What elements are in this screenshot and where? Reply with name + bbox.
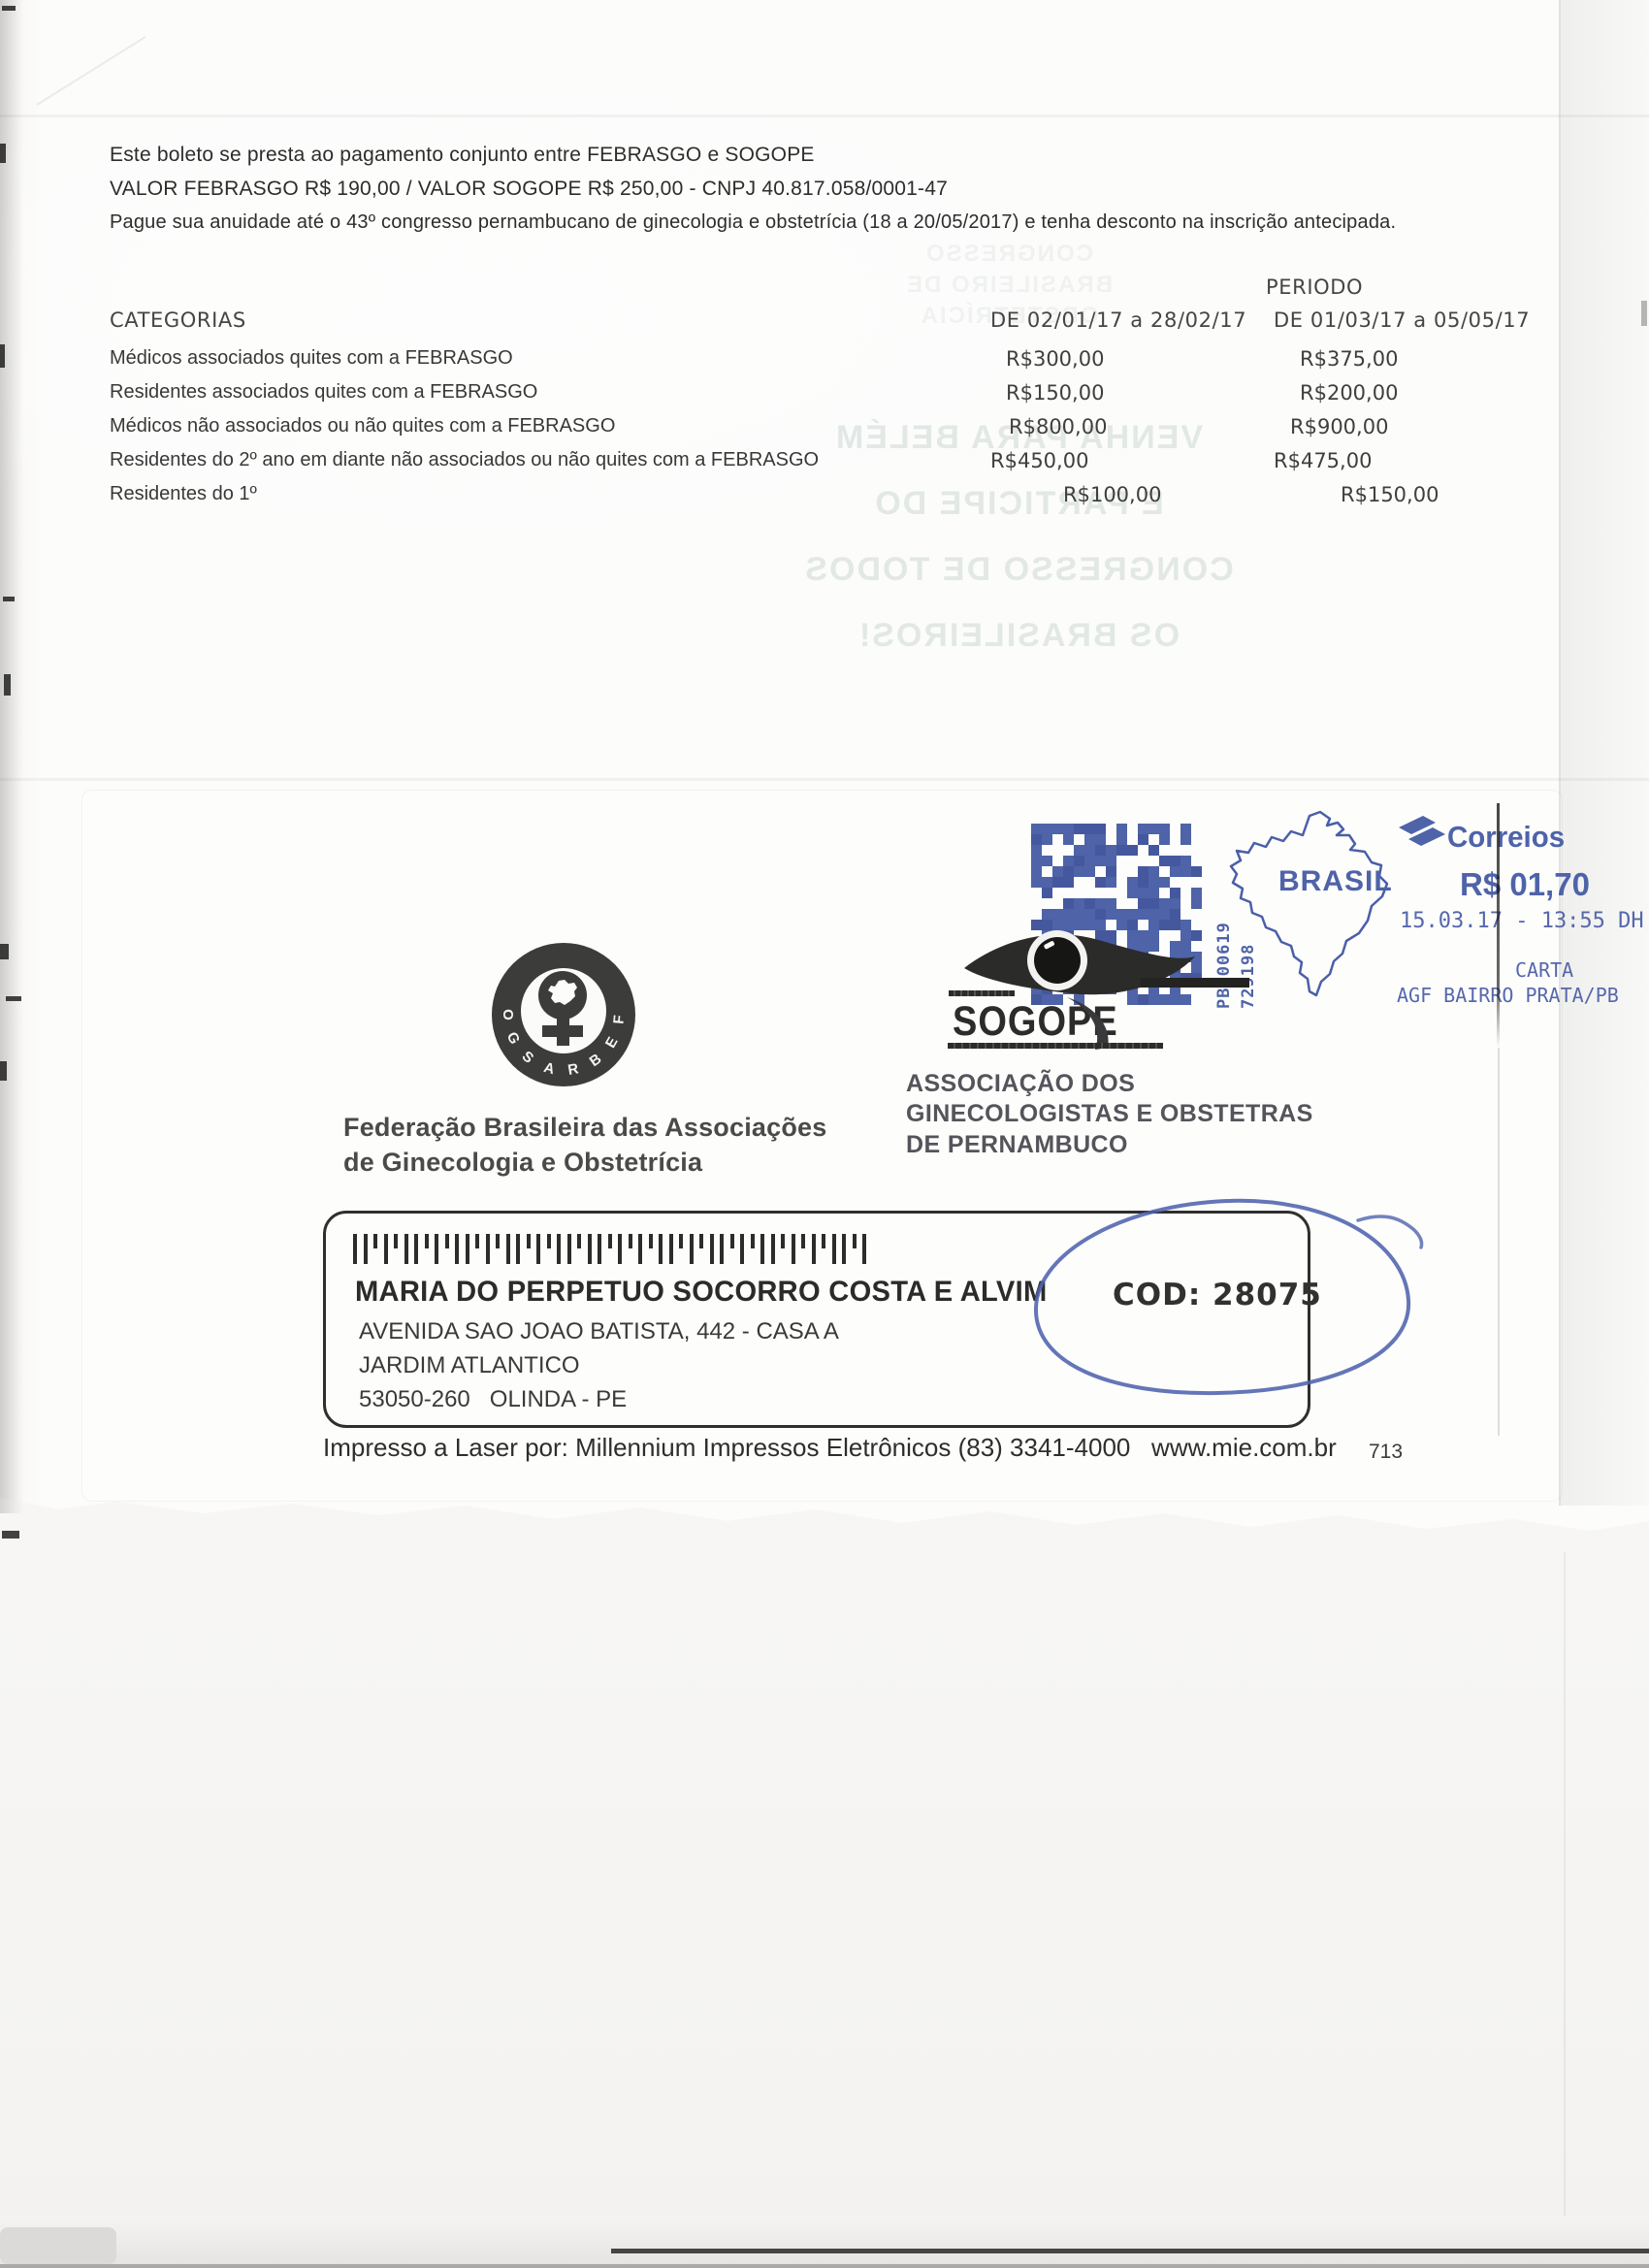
qr-cell [1148,824,1159,834]
barcode-bar [536,1234,540,1264]
barcode-bar [588,1234,592,1264]
qr-cell [1031,866,1042,877]
table-period2-header: DE 01/03/17 a 05/05/17 [1274,308,1530,332]
qr-cell [1042,877,1052,888]
barcode-bar [608,1234,612,1248]
qr-cell [1180,856,1191,866]
barcode-bar [445,1234,449,1248]
sogope-logo-rule-top [949,990,1015,996]
qr-cell [1159,877,1170,888]
qr-cell [1095,824,1106,834]
qr-cell [1148,877,1159,888]
barcode-bar [618,1234,622,1264]
barcode-bar [384,1234,388,1264]
qr-cell [1095,877,1106,888]
qr-cell [1052,909,1063,920]
barcode-bar [425,1234,429,1248]
qr-cell [1138,877,1148,888]
female-symbol-crossbar [542,1025,583,1037]
table-row-value: R$100,00 [1063,483,1161,506]
qr-cell [1159,898,1170,909]
sogope-logo-rule-bottom [948,1043,1163,1049]
scanned-document-page: CONGRESSO BRASILEIRO DE OBSTETRÍCIA VENH… [0,0,1649,2268]
qr-cell [1052,866,1063,877]
scan-artifact [0,944,9,959]
qr-cell [1138,834,1148,845]
sogope-logo-bar [1141,978,1249,988]
qr-cell [1042,856,1052,866]
bleed-through-text: CONGRESSO DE TODOS [786,551,1251,589]
qr-cell [1031,824,1042,834]
qr-cell [1042,888,1052,898]
febrasgo-caption-line-1: Federação Brasileira das Associações [343,1113,826,1143]
brazil-silhouette-icon [545,979,580,1008]
qr-cell [1170,888,1180,898]
scan-artifact [1641,301,1647,326]
febrasgo-ring-letter: O [497,1006,516,1023]
qr-cell [1052,824,1063,834]
bleed-through-text: BRASILEIRO DE [873,272,1145,299]
table-row-value: R$375,00 [1300,347,1398,371]
correios-logo-icon [1397,813,1445,850]
barcode-bar [710,1234,714,1264]
qr-cell [1095,856,1106,866]
qr-cell [1074,866,1084,877]
sogope-crescent-icon [1065,995,1110,1050]
barcode-bar [394,1234,398,1248]
qr-cell [1116,834,1127,845]
qr-cell [1138,888,1148,898]
qr-cell [1148,898,1159,909]
page-number: 713 [1369,1441,1403,1464]
qr-cell [1063,856,1074,866]
table-period-label: PERIODO [1266,275,1363,299]
qr-cell [1180,866,1191,877]
qr-cell [1159,824,1170,834]
barcode-bar [862,1234,866,1264]
qr-cell [1031,856,1042,866]
table-period1-header: DE 02/01/17 a 28/02/17 [990,308,1246,332]
qr-cell [1159,834,1170,845]
scan-bottom-edge [0,2264,1649,2268]
barcode-bar [496,1234,500,1248]
qr-cell [1138,898,1148,909]
qr-cell [1106,898,1116,909]
table-row-category: Médicos não associados ou não quites com… [110,415,615,437]
qr-cell [1042,909,1052,920]
table-row-value: R$800,00 [1009,415,1107,438]
barcode-bar [486,1234,490,1264]
qr-cell [1106,856,1116,866]
barcode-bar [842,1234,846,1264]
paper-crease-stamp [1497,803,1500,1048]
brasil-label: BRASIL [1278,865,1393,898]
bleed-through-text: E PARTICIPE DO [786,485,1251,523]
barcode-bar [720,1234,724,1264]
qr-cell [1106,877,1116,888]
qr-cell [1116,845,1127,856]
barcode-bar [832,1234,836,1264]
barcode-bar [598,1234,601,1264]
qr-cell [1127,845,1138,856]
table-row-value: R$900,00 [1290,415,1388,438]
barcode-bar [801,1234,805,1248]
scan-artifact [2,1531,19,1539]
barcode-bar [527,1234,531,1248]
barcode-bar [353,1234,357,1264]
paper-crease-lower [1564,1552,1566,2221]
barcode-bar [557,1234,561,1264]
table-row-value: R$200,00 [1300,381,1398,405]
qr-cell [1138,866,1148,877]
qr-cell [1074,856,1084,866]
qr-cell [1180,824,1191,834]
fold-line-middle [0,778,1649,781]
barcode-bar [699,1234,703,1248]
qr-cell [1127,909,1138,920]
barcode-bar [822,1234,825,1248]
febrasgo-caption-line-2: de Ginecologia e Obstetrícia [343,1148,702,1178]
qr-cell [1127,888,1138,898]
qr-cell [1180,834,1191,845]
barcode-bar [567,1234,571,1264]
intro-line-2: VALOR FEBRASGO R$ 190,00 / VALOR SOGOPE … [110,178,948,201]
qr-cell [1084,909,1095,920]
qr-cell [1095,909,1106,920]
barcode-bar [659,1234,663,1264]
table-row-value: R$150,00 [1341,483,1439,506]
qr-cell [1042,834,1052,845]
barcode-bar [435,1234,438,1264]
qr-cell [1074,909,1084,920]
table-row-category: Residentes do 2º ano em diante não assoc… [110,449,819,471]
febrasgo-ring-letter: F [610,1010,630,1029]
barcode-bar [414,1234,418,1264]
printer-credit-line: Impresso a Laser por: Millennium Impress… [323,1433,1337,1463]
qr-cell [1106,866,1116,877]
qr-cell [1063,898,1074,909]
sogope-caption-line-2: GINECOLOGISTAS E OBSTETRAS [906,1100,1313,1128]
qr-cell [1084,845,1095,856]
sogope-caption-line-3: DE PERNAMBUCO [906,1131,1128,1159]
recipient-name: MARIA DO PERPETUO SOCORRO COSTA E ALVIM [355,1276,1048,1309]
qr-cell [1063,824,1074,834]
table-row-value: R$475,00 [1274,449,1372,472]
qr-cell [1138,824,1148,834]
barcode-bar [638,1234,642,1264]
barcode-bar [690,1234,694,1264]
barcode-bar [455,1234,459,1264]
scan-artifact [2,6,16,11]
qr-cell [1095,845,1106,856]
qr-cell [1127,877,1138,888]
scan-bottom-line [611,2249,1649,2253]
scan-artifact [3,597,15,601]
postal-barcode [353,1234,873,1265]
febrasgo-ring-letter: R [564,1060,584,1083]
barcode-bar [629,1234,632,1248]
qr-cell [1084,834,1095,845]
barcode-bar [812,1234,816,1264]
qr-cell [1063,909,1074,920]
scan-bottom-artifact [0,2227,116,2264]
postage-value: R$ 01,70 [1460,866,1596,903]
barcode-bar [404,1234,408,1264]
mail-class-label: CARTA [1515,958,1573,982]
sogope-caption-line-1: ASSOCIAÇÃO DOS [906,1070,1135,1098]
barcode-bar [373,1234,377,1248]
qr-cell [1170,909,1180,920]
barcode-bar [475,1234,479,1248]
qr-cell [1116,824,1127,834]
barcode-bar [649,1234,653,1248]
table-row-value: R$150,00 [1006,381,1104,405]
postage-datetime: 15.03.17 - 13:55 DH [1400,909,1644,933]
scan-shadow-left [0,0,23,1513]
scan-artifact [0,144,6,163]
scan-artifact [0,344,5,368]
qr-cell [1159,909,1170,920]
qr-cell [1106,909,1116,920]
qr-cell [1084,898,1095,909]
qr-cell [1170,856,1180,866]
barcode-bar [730,1234,734,1248]
table-row-value: R$300,00 [1006,347,1104,371]
qr-cell [1052,877,1063,888]
barcode-bar [740,1234,744,1264]
paper-crease-right [1559,0,1561,1506]
scan-artifact [4,674,11,696]
qr-cell [1074,898,1084,909]
qr-cell [1031,845,1042,856]
recipient-district: JARDIM ATLANTICO [359,1352,580,1379]
barcode-bar [679,1234,683,1248]
qr-cell [1074,845,1084,856]
qr-cell [1170,866,1180,877]
qr-cell [1063,834,1074,845]
febrasgo-logo: FEBRASGO [492,943,635,1086]
intro-line-1: Este boleto se presta ao pagamento conju… [110,144,815,167]
qr-cell [1084,866,1095,877]
qr-cell [1148,909,1159,920]
qr-cell [1138,909,1148,920]
qr-cell [1042,824,1052,834]
qr-cell [1159,856,1170,866]
fold-line-top [0,114,1649,117]
table-category-header: CATEGORIAS [110,308,246,332]
pen-circle-annotation [1009,1191,1426,1400]
postal-agency-label: AGF BAIRRO PRATA/PB [1397,984,1619,1007]
qr-cell [1170,898,1180,909]
barcode-bar [792,1234,795,1264]
scan-bottom-band [0,2216,1649,2268]
scan-shadow-right [1561,0,1649,1506]
table-row-value: R$450,00 [990,449,1088,472]
barcode-bar [669,1234,673,1264]
brazil-map-outline [1220,810,1409,1004]
bleed-through-text: OS BRASILEIROS! [786,617,1251,655]
qr-cell [1106,845,1116,856]
scan-artifact [0,1061,7,1081]
table-row-category: Residentes associados quites com a FEBRA… [110,381,537,404]
scan-artifact [6,996,21,1001]
barcode-bar [547,1234,551,1248]
qr-cell [1074,824,1084,834]
barcode-bar [577,1234,581,1248]
qr-cell [1095,834,1106,845]
qr-cell [1191,866,1202,877]
barcode-bar [516,1234,520,1264]
qr-cell [1116,909,1127,920]
qr-cell [1191,888,1202,898]
qr-cell [1191,898,1202,909]
barcode-bar [781,1234,785,1248]
qr-cell [1031,834,1042,845]
qr-cell [1084,824,1095,834]
barcode-bar [466,1234,469,1264]
table-row-category: Médicos associados quites com a FEBRASGO [110,347,513,370]
qr-cell [1148,866,1159,877]
barcode-bar [364,1234,368,1264]
qr-cell [1063,877,1074,888]
recipient-city-line: 53050-260 OLINDA - PE [359,1386,627,1413]
qr-cell [1031,877,1042,888]
intro-line-3: Pague sua anuidade até o 43º congresso p… [110,211,1396,234]
correios-wordmark: Correios [1447,820,1565,855]
paper-crease-stamp-lower [1498,1048,1500,1436]
barcode-bar [506,1234,510,1264]
qr-cell [1148,845,1159,856]
barcode-bar [751,1234,755,1248]
qr-cell [1148,888,1159,898]
table-row-category: Residentes do 1º [110,483,257,505]
barcode-bar [853,1234,857,1248]
qr-cell [1084,856,1095,866]
barcode-bar [760,1234,764,1264]
recipient-street: AVENIDA SAO JOAO BATISTA, 442 - CASA A [359,1318,839,1345]
qr-cell [1063,866,1074,877]
bleed-through-text: CONGRESSO [873,241,1145,268]
barcode-bar [771,1234,775,1264]
qr-cell [1095,898,1106,909]
